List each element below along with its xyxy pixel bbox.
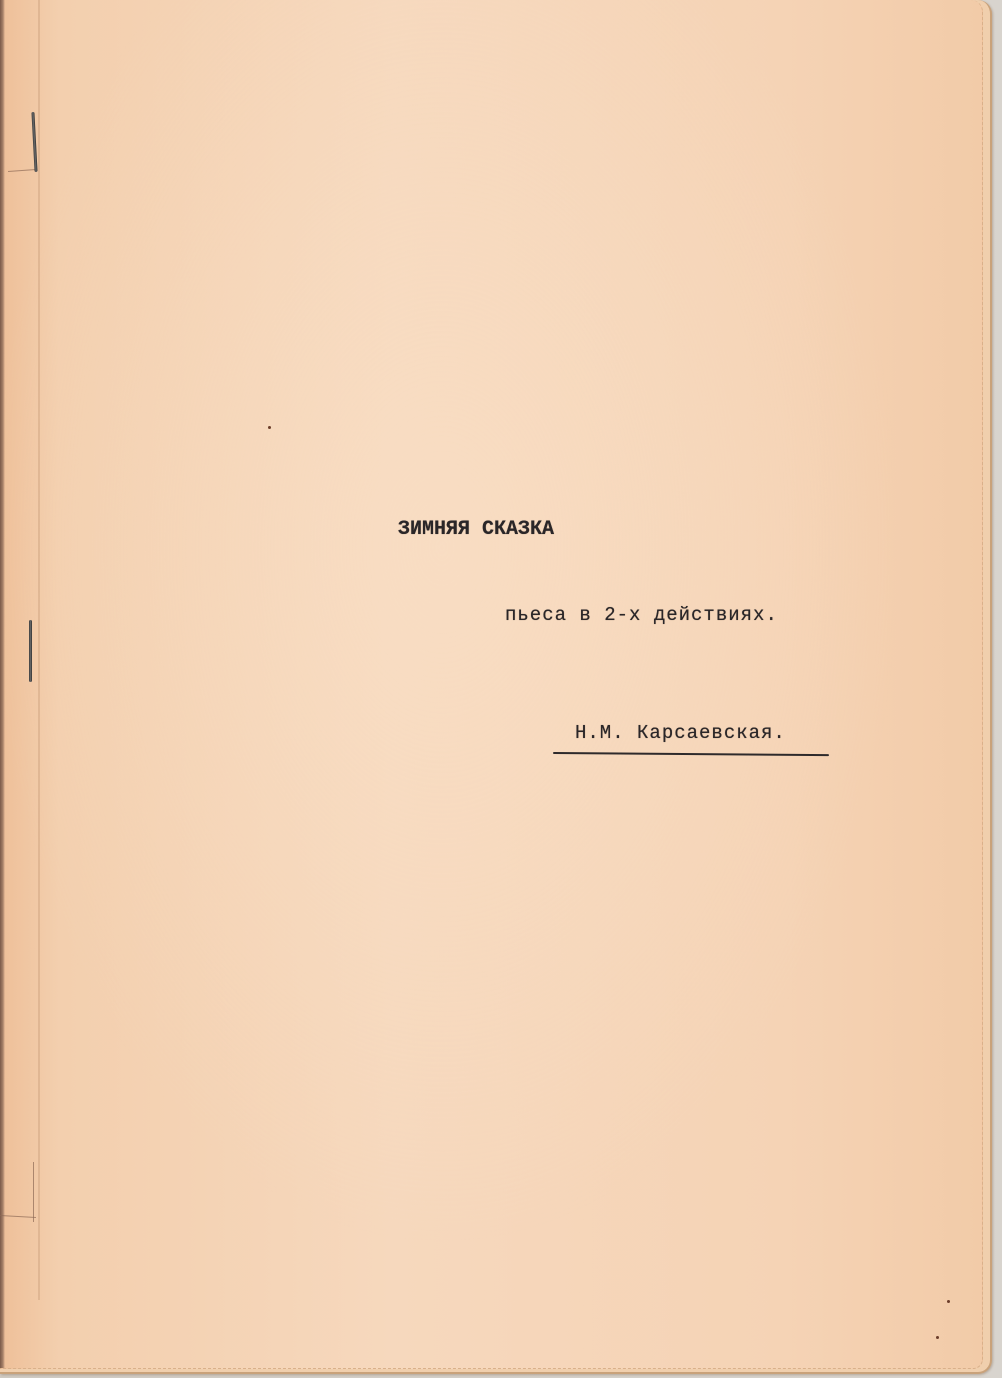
play-subtitle: пьеса в 2-х действиях.: [505, 604, 778, 626]
paper-tear: [0, 1215, 36, 1218]
binding-edge: [0, 0, 5, 1368]
ink-speck: [268, 426, 271, 429]
staple-top: [31, 112, 37, 172]
play-title: ЗИМНЯЯ СКАЗКА: [398, 518, 554, 541]
ink-speck: [947, 1300, 950, 1303]
staple-bottom: [29, 620, 32, 682]
paper-tear: [33, 1162, 34, 1222]
title-page: ЗИМНЯЯ СКАЗКА пьеса в 2-х действиях. Н.М…: [0, 0, 983, 1369]
author-name: Н.М. Карсаевская.: [575, 722, 786, 744]
author-underline: [553, 752, 829, 756]
ink-speck: [936, 1336, 939, 1339]
paper-tear: [8, 169, 36, 172]
binding-fold: [38, 0, 40, 1300]
